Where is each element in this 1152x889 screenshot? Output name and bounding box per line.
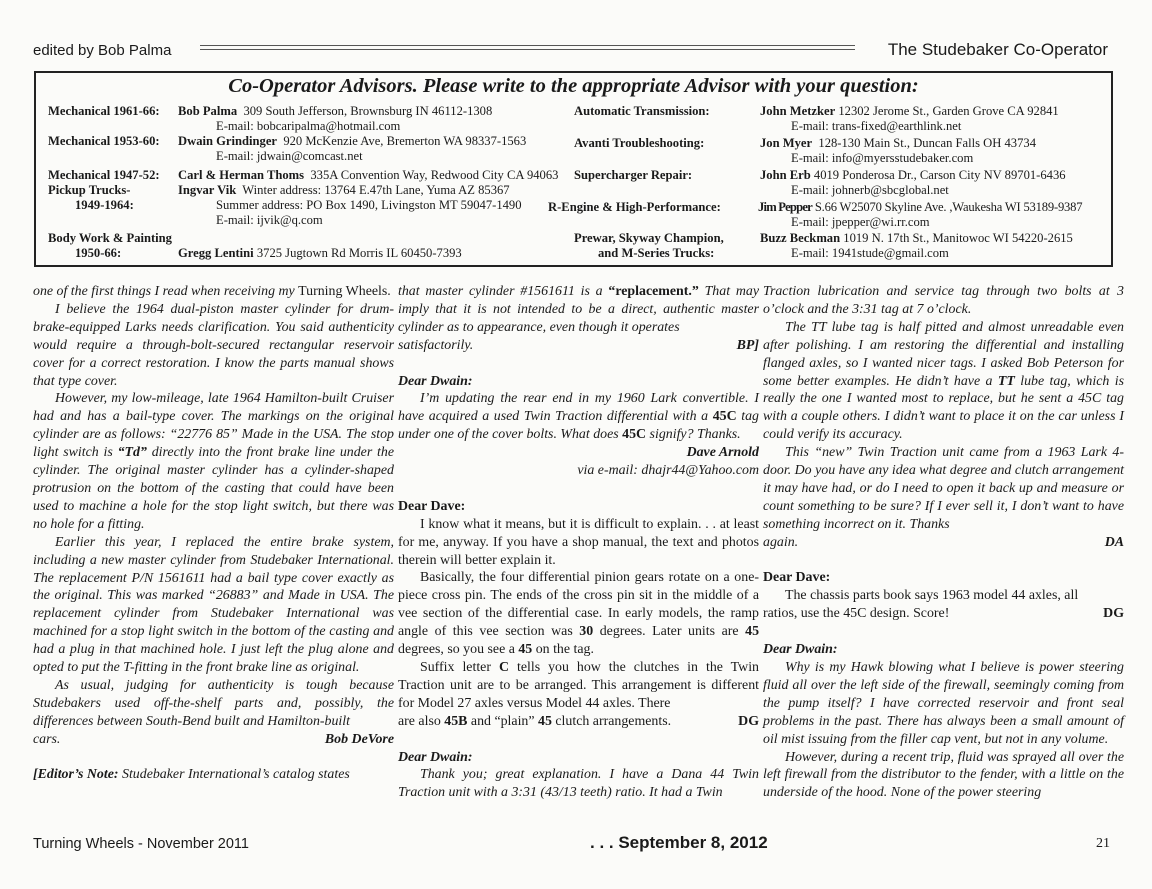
paragraph: The chassis parts book says 1963 model 4… <box>763 587 1124 605</box>
advisor-email[interactable]: E-mail: ijvik@q.com <box>216 213 323 228</box>
advisor-entry: John Erb 4019 Ponderosa Dr., Carson City… <box>760 168 1066 183</box>
signature-line: cars.Bob DeVore <box>33 731 394 749</box>
advisor-entry: John Metzker 12302 Jerome St., Garden Gr… <box>760 104 1059 119</box>
advisor-email[interactable]: E-mail: jpepper@wi.rr.com <box>791 215 930 230</box>
letter-heading: Dear Dwain: <box>398 373 759 391</box>
paragraph: The TT lube tag is half pitted and almos… <box>763 319 1124 444</box>
advisor-category: Mechanical 1953-60: <box>48 134 160 149</box>
advisor-category: 1949-1964: <box>75 198 134 213</box>
advisor-category: Prewar, Skyway Champion, <box>574 231 724 246</box>
signature-email: via e-mail: dhajr44@Yahoo.com <box>398 462 759 480</box>
editors-note: [Editor’s Note: Studebaker International… <box>33 766 394 784</box>
paragraph: I know what it means, but it is difficul… <box>398 516 759 570</box>
paragraph: Traction lubrication and service tag thr… <box>763 283 1124 319</box>
advisor-category: Automatic Transmission: <box>574 104 710 119</box>
paragraph: Earlier this year, I replaced the entire… <box>33 534 394 677</box>
advisor-entry: Jon Myer 128-130 Main St., Duncan Falls … <box>760 136 1036 151</box>
letter-heading: Dear Dwain: <box>398 749 759 767</box>
signature-line: are also 45B and “plain” 45 clutch arran… <box>398 713 759 731</box>
advisor-category: R-Engine & High-Performance: <box>548 200 721 215</box>
footer-publication: Turning Wheels - November 2011 <box>33 836 249 852</box>
advisor-category: Avanti Troubleshooting: <box>574 136 704 151</box>
article-column-2: that master cylinder #1561611 is a “repl… <box>398 283 759 802</box>
signature-line: again.DA <box>763 534 1124 552</box>
signature: Dave Arnold <box>398 444 759 462</box>
letter-heading: Dear Dwain: <box>763 641 1124 659</box>
header-editor: edited by Bob Palma <box>33 42 171 59</box>
paragraph: This “new” Twin Traction unit came from … <box>763 444 1124 534</box>
advisor-email[interactable]: E-mail: 1941stude@gmail.com <box>791 246 949 261</box>
advisor-category: Mechanical 1947-52: <box>48 168 160 183</box>
advisor-email[interactable]: E-mail: jdwain@comcast.net <box>216 149 363 164</box>
advisor-category: and M-Series Trucks: <box>598 246 714 261</box>
advisor-entry: Dwain Grindinger 920 McKenzie Ave, Breme… <box>178 134 526 149</box>
advisor-category: Supercharger Repair: <box>574 168 692 183</box>
advisor-category: Mechanical 1961-66: <box>48 104 160 119</box>
page-number: 21 <box>1096 836 1110 852</box>
advisor-email[interactable]: E-mail: trans-fixed@earthlink.net <box>791 119 961 134</box>
advisor-entry: Gregg Lentini 3725 Jugtown Rd Morris IL … <box>178 246 462 261</box>
paragraph: However, my low-mileage, late 1964 Hamil… <box>33 390 394 533</box>
paragraph: one of the first things I read when rece… <box>33 283 394 301</box>
signature-line: ratios, use the 45C design. Score!DG <box>763 605 1124 623</box>
advisor-email[interactable]: E-mail: info@myersstudebaker.com <box>791 151 973 166</box>
advisor-email[interactable]: E-mail: johnerb@sbcglobal.net <box>791 183 949 198</box>
advisor-entry: Ingvar Vik Winter address: 13764 E.47th … <box>178 183 510 198</box>
paragraph: Thank you; great explanation. I have a D… <box>398 766 759 802</box>
advisor-entry: Buzz Beckman 1019 N. 17th St., Manitowoc… <box>760 231 1073 246</box>
advisors-title: Co-Operator Advisors. Please write to th… <box>36 75 1111 98</box>
advisor-category: Pickup Trucks- <box>48 183 130 198</box>
letter-heading: Dear Dave: <box>398 498 759 516</box>
paragraph: As usual, judging for authenticity is to… <box>33 677 394 731</box>
paragraph: Why is my Hawk blowing what I believe is… <box>763 659 1124 749</box>
signature: Bob DeVore <box>325 731 394 749</box>
advisor-category: 1950-66: <box>75 246 121 261</box>
paragraph: I’m updating the rear end in my 1960 Lar… <box>398 390 759 444</box>
header-column-title: The Studebaker Co-Operator <box>888 40 1108 60</box>
article-column-3: Traction lubrication and service tag thr… <box>763 283 1124 802</box>
article-column-1: one of the first things I read when rece… <box>33 283 394 784</box>
advisor-category: Body Work & Painting <box>48 231 172 246</box>
header-rule <box>200 49 855 50</box>
header-rule <box>200 45 855 46</box>
paragraph: that master cylinder #1561611 is a “repl… <box>398 283 759 337</box>
paragraph: Basically, the four differential pinion … <box>398 569 759 659</box>
paragraph: Suffix letter C tells you how the clutch… <box>398 659 759 713</box>
signature-line: satisfactorily.BP] <box>398 337 759 355</box>
paragraph: However, during a recent trip, fluid was… <box>763 749 1124 803</box>
advisor-entry: Jim Pepper S.66 W25070 Skyline Ave. ,Wau… <box>758 200 1082 215</box>
paragraph: I believe the 1964 dual-piston master cy… <box>33 301 394 391</box>
advisor-address: Summer address: PO Box 1490, Livingston … <box>216 198 522 213</box>
advisor-entry: Bob Palma 309 South Jefferson, Brownsbur… <box>178 104 492 119</box>
letter-heading: Dear Dave: <box>763 569 1124 587</box>
advisor-entry: Carl & Herman Thoms 335A Convention Way,… <box>178 168 558 183</box>
advisors-box: Co-Operator Advisors. Please write to th… <box>34 71 1113 267</box>
footer-continued-date: . . . September 8, 2012 <box>590 833 768 853</box>
advisor-email[interactable]: E-mail: bobcaripalma@hotmail.com <box>216 119 400 134</box>
